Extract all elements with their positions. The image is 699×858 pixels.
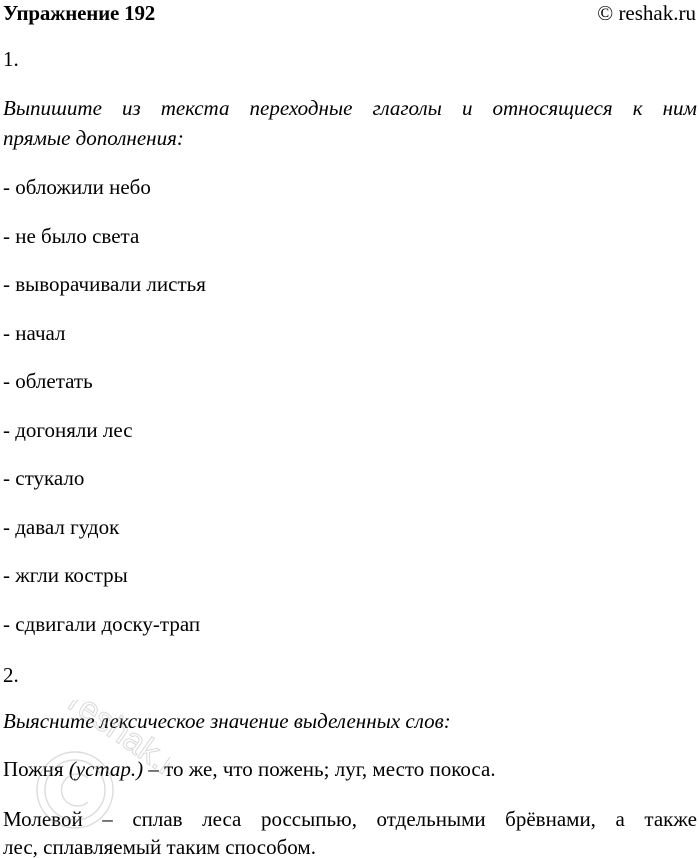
word: Молевой — [3, 806, 83, 832]
section-1-number: 1. — [3, 46, 19, 72]
word: текста — [161, 95, 230, 121]
word: отдельными — [377, 806, 486, 832]
section-2-number: 2. — [3, 662, 19, 688]
section-1-task-line-1: Выпишитеизтекстапереходныеглаголыиотнося… — [3, 95, 697, 121]
word: брёвнами, — [505, 806, 596, 832]
answer-list-item: - облетать — [3, 368, 93, 394]
word: Выпишите — [3, 95, 102, 121]
definition-note: (устар.) — [69, 757, 143, 781]
copyright-label: © reshak.ru — [597, 0, 696, 26]
section-1-task-line-2: прямые дополнения: — [3, 125, 184, 151]
word: леса — [202, 806, 241, 832]
definition-molevoy-line-1: Молевой–сплавлесароссыпью,отдельнымибрёв… — [3, 806, 697, 832]
word: ним — [663, 95, 697, 121]
page-header: Упражнение 192 © reshak.ru — [0, 0, 699, 30]
word: из — [122, 95, 141, 121]
answer-list-item: - догоняли лес — [3, 417, 133, 443]
section-2-task: Выясните лексическое значение выделенных… — [3, 708, 451, 734]
answer-list-item: - выворачивали листья — [3, 271, 206, 297]
answer-list-item: - давал гудок — [3, 514, 119, 540]
word: относящиеся — [493, 95, 613, 121]
answer-list-item: - начал — [3, 320, 66, 346]
word: и — [462, 95, 473, 121]
definition-text: – то же, что пожень; луг, место покоса. — [143, 757, 495, 781]
definition-term: Пожня — [3, 757, 64, 781]
answer-list-item: - жгли костры — [3, 562, 128, 588]
answer-list-item: - не было света — [3, 223, 139, 249]
definition-molevoy-line-2: лес, сплавляемый таким способом. — [3, 834, 316, 858]
word: к — [633, 95, 643, 121]
word: глаголы — [373, 95, 442, 121]
word: а — [616, 806, 625, 832]
answer-list-item: - обложили небо — [3, 174, 151, 200]
answer-list-item: - стукало — [3, 465, 84, 491]
page-title: Упражнение 192 — [3, 0, 155, 26]
word: сплав — [132, 806, 182, 832]
word: переходные — [250, 95, 353, 121]
word: россыпью, — [261, 806, 357, 832]
answer-list-item: - сдвигали доску-трап — [3, 611, 200, 637]
word: – — [102, 806, 113, 832]
definition-pozhnya: Пожня (устар.) – то же, что пожень; луг,… — [3, 756, 496, 782]
word: также — [644, 806, 697, 832]
